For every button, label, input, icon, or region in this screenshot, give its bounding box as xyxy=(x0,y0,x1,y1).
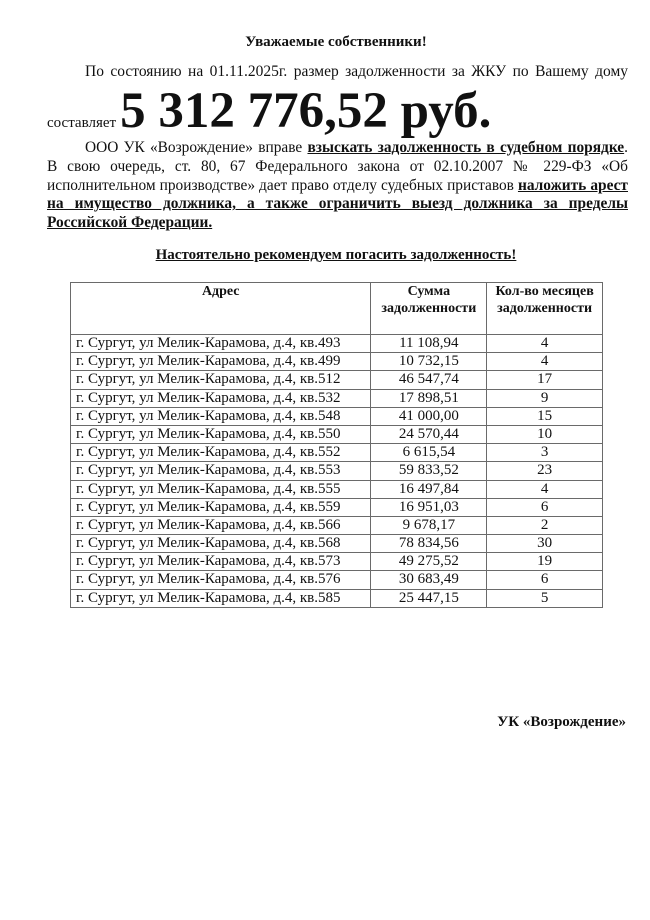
table-row: г. Сургут, ул Мелик-Карамова, д.4, кв.49… xyxy=(71,335,603,353)
cell-address: г. Сургут, ул Мелик-Карамова, д.4, кв.55… xyxy=(71,480,371,498)
amount-line: составляет5 312 776,52 руб. xyxy=(47,82,628,140)
debt-total-amount: 5 312 776,52 руб. xyxy=(120,82,491,140)
recommendation-heading: Настоятельно рекомендуем погасить задолж… xyxy=(0,245,650,265)
table-row: г. Сургут, ул Мелик-Карамова, д.4, кв.58… xyxy=(71,589,603,607)
cell-address: г. Сургут, ул Мелик-Карамова, д.4, кв.58… xyxy=(71,589,371,607)
cell-sum: 41 000,00 xyxy=(371,407,487,425)
cell-address: г. Сургут, ул Мелик-Карамова, д.4, кв.49… xyxy=(71,353,371,371)
cell-sum: 9 678,17 xyxy=(371,516,487,534)
cell-months: 19 xyxy=(487,553,603,571)
cell-months: 23 xyxy=(487,462,603,480)
table-row: г. Сургут, ул Мелик-Карамова, д.4, кв.55… xyxy=(71,480,603,498)
cell-months: 9 xyxy=(487,389,603,407)
amount-prefix: составляет xyxy=(47,115,116,132)
cell-address: г. Сургут, ул Мелик-Карамова, д.4, кв.55… xyxy=(71,498,371,516)
table-row: г. Сургут, ул Мелик-Карамова, д.4, кв.55… xyxy=(71,425,603,443)
cell-sum: 16 951,03 xyxy=(371,498,487,516)
cell-sum: 46 547,74 xyxy=(371,371,487,389)
header-sum: Сумма задолженности xyxy=(371,283,487,335)
header-months: Кол-во месяцев задолженности xyxy=(487,283,603,335)
cell-months: 30 xyxy=(487,535,603,553)
letter-title: Уважаемые собственники! xyxy=(0,32,650,52)
paragraph-emphasis-1: взыскать задолженность в судебном порядк… xyxy=(307,139,624,156)
table-body: г. Сургут, ул Мелик-Карамова, д.4, кв.49… xyxy=(71,335,603,608)
cell-months: 3 xyxy=(487,444,603,462)
table-row: г. Сургут, ул Мелик-Карамова, д.4, кв.55… xyxy=(71,498,603,516)
table-row: г. Сургут, ул Мелик-Карамова, д.4, кв.56… xyxy=(71,516,603,534)
cell-address: г. Сургут, ул Мелик-Карамова, д.4, кв.51… xyxy=(71,371,371,389)
cell-address: г. Сургут, ул Мелик-Карамова, д.4, кв.49… xyxy=(71,335,371,353)
table-row: г. Сургут, ул Мелик-Карамова, д.4, кв.57… xyxy=(71,571,603,589)
cell-sum: 11 108,94 xyxy=(371,335,487,353)
table-row: г. Сургут, ул Мелик-Карамова, д.4, кв.51… xyxy=(71,371,603,389)
cell-months: 10 xyxy=(487,425,603,443)
table-row: г. Сургут, ул Мелик-Карамова, д.4, кв.55… xyxy=(71,444,603,462)
legal-warning-paragraph: ООО УК «Возрождение» вправе взыскать зад… xyxy=(47,139,628,233)
cell-months: 2 xyxy=(487,516,603,534)
cell-months: 6 xyxy=(487,498,603,516)
cell-address: г. Сургут, ул Мелик-Карамова, д.4, кв.57… xyxy=(71,571,371,589)
cell-address: г. Сургут, ул Мелик-Карамова, д.4, кв.55… xyxy=(71,462,371,480)
cell-address: г. Сургут, ул Мелик-Карамова, д.4, кв.56… xyxy=(71,516,371,534)
cell-months: 5 xyxy=(487,589,603,607)
cell-sum: 6 615,54 xyxy=(371,444,487,462)
table-row: г. Сургут, ул Мелик-Карамова, д.4, кв.57… xyxy=(71,553,603,571)
cell-sum: 59 833,52 xyxy=(371,462,487,480)
cell-address: г. Сургут, ул Мелик-Карамова, д.4, кв.57… xyxy=(71,553,371,571)
cell-address: г. Сургут, ул Мелик-Карамова, д.4, кв.55… xyxy=(71,444,371,462)
table-header-row: Адрес Сумма задолженности Кол-во месяцев… xyxy=(71,283,603,335)
cell-months: 4 xyxy=(487,335,603,353)
debt-table: Адрес Сумма задолженности Кол-во месяцев… xyxy=(70,282,603,608)
cell-sum: 24 570,44 xyxy=(371,425,487,443)
cell-months: 4 xyxy=(487,480,603,498)
cell-address: г. Сургут, ул Мелик-Карамова, д.4, кв.56… xyxy=(71,535,371,553)
cell-sum: 78 834,56 xyxy=(371,535,487,553)
cell-sum: 10 732,15 xyxy=(371,353,487,371)
cell-address: г. Сургут, ул Мелик-Карамова, д.4, кв.53… xyxy=(71,389,371,407)
cell-months: 15 xyxy=(487,407,603,425)
cell-months: 6 xyxy=(487,571,603,589)
cell-sum: 25 447,15 xyxy=(371,589,487,607)
table-row: г. Сургут, ул Мелик-Карамова, д.4, кв.55… xyxy=(71,462,603,480)
signature: УК «Возрождение» xyxy=(497,712,626,732)
cell-sum: 30 683,49 xyxy=(371,571,487,589)
cell-sum: 16 497,84 xyxy=(371,480,487,498)
cell-months: 17 xyxy=(487,371,603,389)
cell-address: г. Сургут, ул Мелик-Карамова, д.4, кв.55… xyxy=(71,425,371,443)
cell-sum: 17 898,51 xyxy=(371,389,487,407)
intro-text: По состоянию на 01.11.2025г. размер задо… xyxy=(47,62,628,82)
paragraph-text-1: ООО УК «Возрождение» вправе xyxy=(85,139,307,156)
table-row: г. Сургут, ул Мелик-Карамова, д.4, кв.56… xyxy=(71,535,603,553)
cell-address: г. Сургут, ул Мелик-Карамова, д.4, кв.54… xyxy=(71,407,371,425)
table-row: г. Сургут, ул Мелик-Карамова, д.4, кв.49… xyxy=(71,353,603,371)
table-row: г. Сургут, ул Мелик-Карамова, д.4, кв.54… xyxy=(71,407,603,425)
cell-sum: 49 275,52 xyxy=(371,553,487,571)
table-row: г. Сургут, ул Мелик-Карамова, д.4, кв.53… xyxy=(71,389,603,407)
header-address: Адрес xyxy=(71,283,371,335)
cell-months: 4 xyxy=(487,353,603,371)
